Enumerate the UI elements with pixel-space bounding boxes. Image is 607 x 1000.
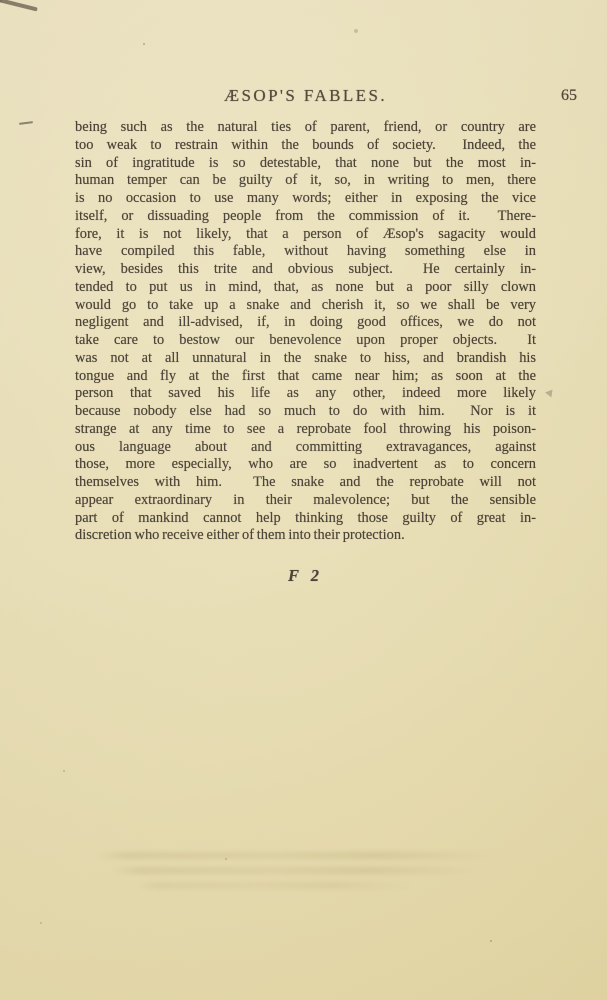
page-number: 65 xyxy=(561,87,577,105)
text-line: part of mankind cannot help thinking tho… xyxy=(75,510,536,528)
paper-specks xyxy=(0,0,2,2)
margin-mark-artifact xyxy=(19,121,33,125)
text-line: discretion who receive either of them in… xyxy=(75,527,536,545)
text-line: tongue and fly at the first that came ne… xyxy=(75,368,536,386)
text-line: negligent and ill-advised, if, in doing … xyxy=(75,314,536,332)
text-line: would go to take up a snake and cherish … xyxy=(75,297,536,315)
printer-signature-mark: F 2 xyxy=(75,566,536,586)
text-line: take care to bestow our benevolence upon… xyxy=(75,332,536,350)
book-page: ÆSOP'S FABLES. 65 being such as the natu… xyxy=(0,0,607,1000)
text-line: was not at all unnatural in the snake to… xyxy=(75,350,536,368)
text-line: ous language about and committing extrav… xyxy=(75,439,536,457)
text-line: view, besides this trite and obvious sub… xyxy=(75,261,536,279)
text-line: themselves with him. The snake and the r… xyxy=(75,474,536,492)
text-line: appear extraordinary in their malevolenc… xyxy=(75,492,536,510)
scan-crease-artifact xyxy=(0,0,38,12)
text-line: those, more especially, who are so inadv… xyxy=(75,456,536,474)
running-header-title: ÆSOP'S FABLES. xyxy=(75,86,536,106)
text-line: itself, or dissuading people from the co… xyxy=(75,208,536,226)
text-line: sin of ingratitude is so detestable, tha… xyxy=(75,155,536,173)
text-line: too weak to restrain within the bounds o… xyxy=(75,137,536,155)
text-line: fore, it is not likely, that a person of… xyxy=(75,226,536,244)
text-line: tended to put us in mind, that, as none … xyxy=(75,279,536,297)
text-line: have compiled this fable, without having… xyxy=(75,243,536,261)
text-line: person that saved his life as any other,… xyxy=(75,385,536,403)
body-paragraph: being such as the natural ties of parent… xyxy=(75,119,536,545)
page-show-through xyxy=(95,852,495,897)
text-line: human temper can be guilty of it, so, in… xyxy=(75,172,536,190)
text-line: is no occasion to use many words; either… xyxy=(75,190,536,208)
text-line: being such as the natural ties of parent… xyxy=(75,119,536,137)
text-line: strange at any time to see a reprobate f… xyxy=(75,421,536,439)
ink-smudge-artifact xyxy=(544,389,552,398)
text-line: because nobody else had so much to do wi… xyxy=(75,403,536,421)
